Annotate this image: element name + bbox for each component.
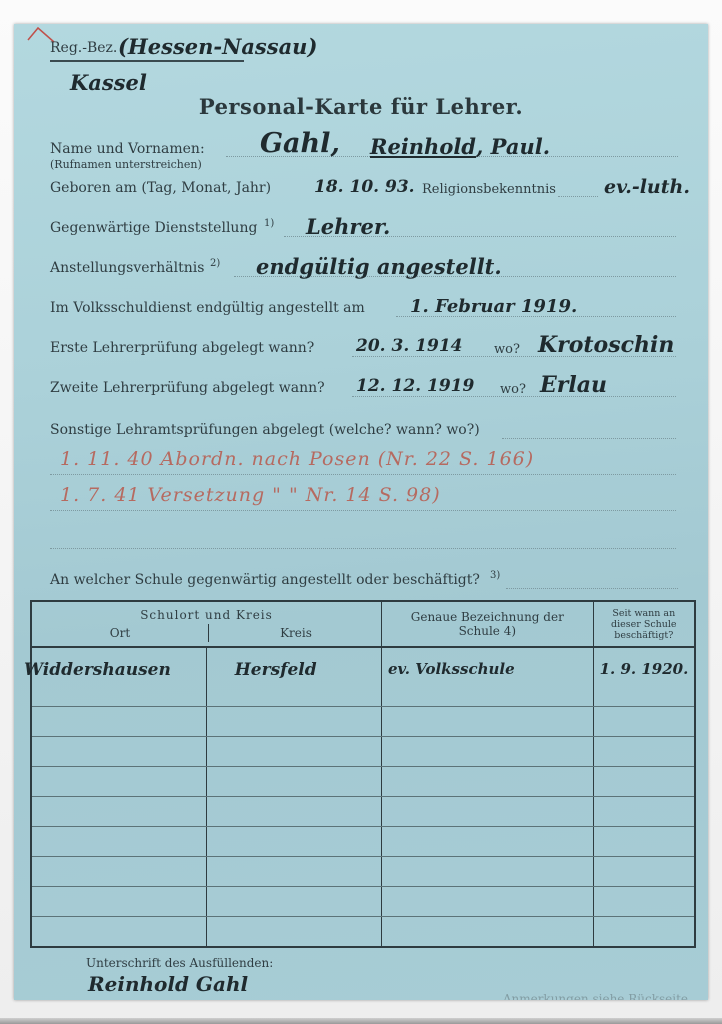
table-row — [31, 737, 695, 767]
name-label: Name und Vornamen: — [50, 141, 205, 157]
city: Kassel — [70, 70, 147, 95]
reg-bez-value: (Hessen-Nassau) — [118, 34, 317, 59]
table-row — [31, 917, 695, 948]
reg-bez-label: Reg.-Bez. — [50, 40, 117, 56]
page-title: Personal-Karte für Lehrer. — [14, 94, 708, 119]
first-exam-where: Krotoschin — [538, 332, 674, 358]
cell-ort: Widdershausen — [31, 647, 206, 707]
header-schulort-kreis: Schulort und Kreis Ort Kreis — [31, 601, 382, 647]
table-row — [31, 767, 695, 797]
other-exams-line-1 — [50, 474, 676, 475]
table-row: Widdershausen Hersfeld ev. Volksschule 1… — [31, 647, 695, 707]
frame-bottom-edge — [0, 1018, 722, 1024]
other-given-names: , Paul. — [476, 134, 550, 159]
second-exam-label: Zweite Lehrerprüfung abgelegt wann? — [50, 380, 325, 396]
signature-label: Unterschrift des Ausfüllenden: — [86, 956, 273, 970]
table-row — [31, 797, 695, 827]
first-exam-where-label: wo? — [494, 342, 520, 357]
other-exam-entry-2: 1. 7. 41 Versetzung " " Nr. 14 S. 98) — [60, 484, 441, 506]
group-header: Schulort und Kreis — [32, 608, 381, 622]
table-row — [31, 887, 695, 917]
religion-value: ev.-luth. — [604, 176, 690, 198]
school-table: Schulort und Kreis Ort Kreis Genaue Beze… — [30, 600, 696, 948]
cell-school-name: ev. Volksschule — [382, 647, 594, 707]
school-question-footnote: 3) — [490, 570, 500, 581]
column-header-since: Seit wann an dieser Schule beschäftigt? — [593, 601, 695, 647]
name-sublabel: (Rufnamen unterstreichen) — [50, 158, 202, 171]
employment-label: Anstellungsverhältnis — [50, 260, 204, 276]
employment-footnote: 2) — [210, 258, 220, 269]
employment-value: endgültig angestellt. — [256, 254, 502, 279]
first-exam-label: Erste Lehrerprüfung abgelegt wann? — [50, 340, 314, 356]
volksschule-value: 1. Februar 1919. — [410, 296, 577, 317]
table-row — [31, 707, 695, 737]
other-exams-label: Sonstige Lehramtsprüfungen abgelegt (wel… — [50, 422, 480, 438]
cell-kreis: Hersfeld — [206, 647, 381, 707]
table-row — [31, 857, 695, 887]
religion-dotted-line — [558, 196, 598, 197]
rufname: Reinhold — [370, 134, 476, 159]
born-value: 18. 10. 93. — [314, 177, 415, 197]
school-question-label: An welcher Schule gegenwärtig angestellt… — [50, 572, 480, 588]
born-label: Geboren am (Tag, Monat, Jahr) — [50, 180, 271, 196]
cell-since: 1. 9. 1920. — [593, 647, 695, 707]
religion-label: Religionsbekenntnis — [422, 182, 556, 197]
bottom-note: Anmerkungen siehe Rückseite — [503, 992, 688, 1000]
personnel-card: Reg.-Bez. (Hessen-Nassau) Kassel Persona… — [14, 24, 708, 1000]
position-label: Gegenwärtige Dienststellung — [50, 220, 257, 236]
other-exam-entry-1: 1. 11. 40 Abordn. nach Posen (Nr. 22 S. … — [60, 448, 534, 470]
other-exams-line-2 — [50, 510, 676, 511]
column-header-kreis: Kreis — [208, 626, 384, 640]
column-header-ort: Ort — [32, 626, 208, 640]
other-exams-dotted-line — [502, 438, 676, 439]
first-exam-when: 20. 3. 1914 — [356, 336, 462, 356]
second-exam-where-label: wo? — [500, 382, 526, 397]
school-question-dotted-line — [506, 588, 678, 589]
column-header-school-name: Genaue Bezeichnung der Schule 4) — [382, 601, 594, 647]
table-row — [31, 827, 695, 857]
other-exams-line-3 — [50, 548, 676, 549]
reg-bez-underline — [50, 60, 244, 62]
position-footnote: 1) — [264, 218, 274, 229]
second-exam-when: 12. 12. 1919 — [356, 376, 474, 396]
second-exam-where: Erlau — [540, 372, 607, 398]
signature-value: Reinhold Gahl — [88, 972, 248, 996]
position-value: Lehrer. — [306, 214, 390, 239]
surname: Gahl, — [260, 128, 340, 159]
volksschule-label: Im Volksschuldienst endgültig angestellt… — [50, 300, 365, 316]
